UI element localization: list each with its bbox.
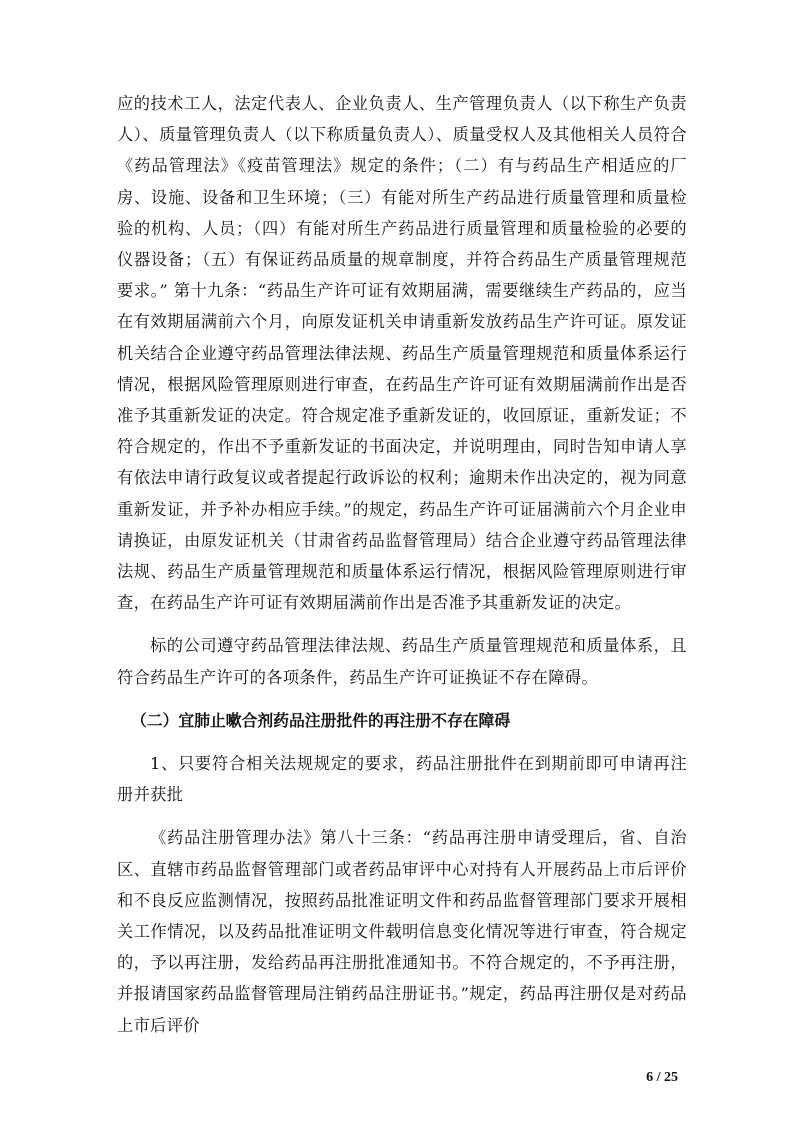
subsection-heading: 1、只要符合相关法规规定的要求，药品注册批件在到期前即可申请再注册并获批 xyxy=(117,748,687,810)
body-paragraph-license-conditions: 应的技术工人，法定代表人、企业负责人、生产管理负责人（以下称生产负责人）、质量管… xyxy=(117,88,687,618)
document-page: 应的技术工人，法定代表人、企业负责人、生产管理负责人（以下称生产负责人）、质量管… xyxy=(117,88,687,1041)
paragraph-gap xyxy=(117,693,687,705)
body-paragraph-reregistration: 《药品注册管理办法》第八十三条：“药品再注册申请受理后，省、自治区、直辖市药品监… xyxy=(117,822,687,1040)
section-heading: （二）宜肺止嗽合剂药品注册批件的再注册不存在障碍 xyxy=(117,705,687,736)
paragraph-gap xyxy=(117,810,687,822)
paragraph-gap xyxy=(117,618,687,630)
page-number: 6 / 25 xyxy=(646,1070,678,1086)
body-paragraph-conclusion: 标的公司遵守药品管理法律法规、药品生产质量管理规范和质量体系，且符合药品生产许可… xyxy=(117,630,687,692)
paragraph-gap xyxy=(117,736,687,748)
